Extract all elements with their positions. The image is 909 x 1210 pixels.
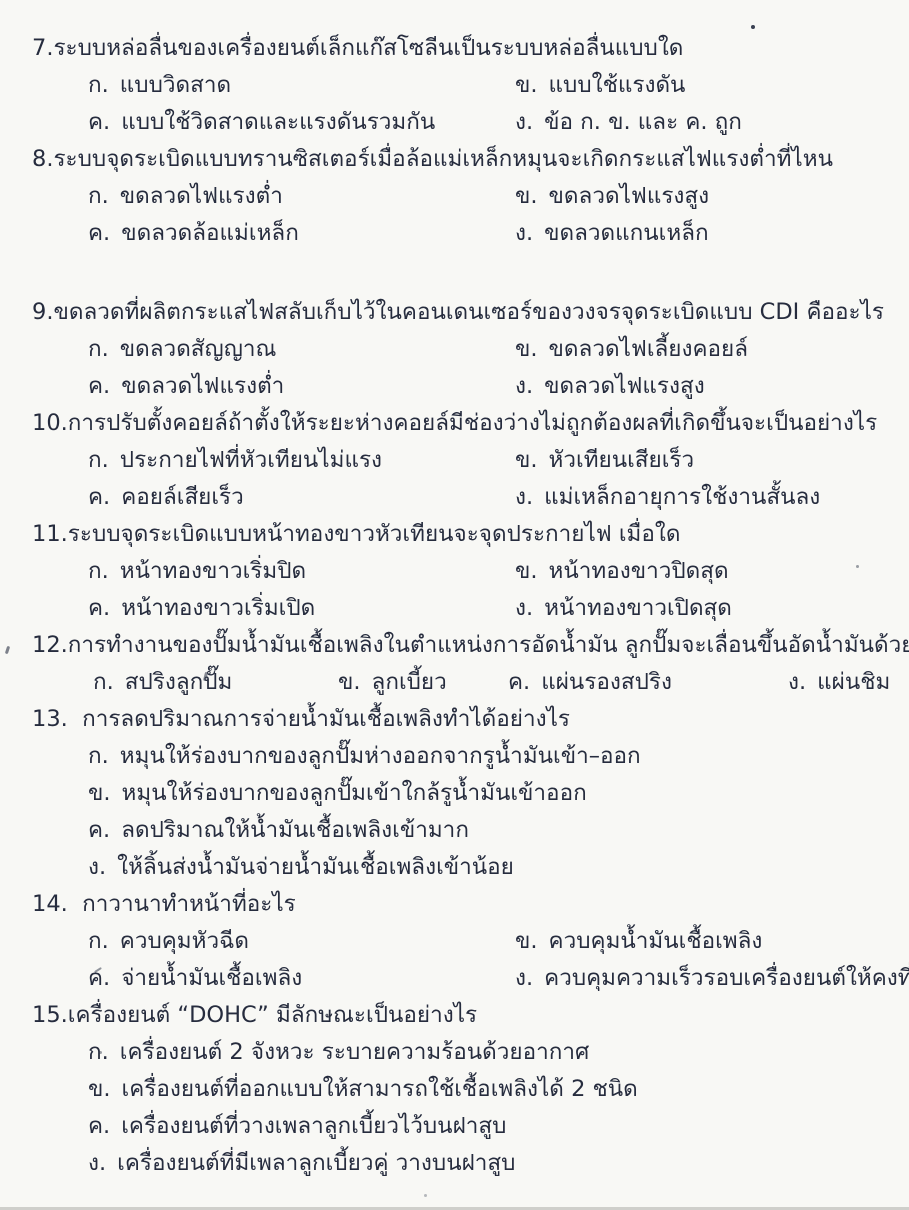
question-stem: 8.ระบบจุดระเบิดแบบทรานซิสเตอร์เมื่อล้อแม… — [32, 141, 895, 178]
option-label: ข. — [515, 178, 538, 215]
option-label: ก. — [93, 664, 114, 701]
option-ko: ก.ขดลวดไฟแรงต่ำ — [88, 178, 515, 215]
option-text: เครื่องยนต์ที่มีเพลาลูกเบี้ยวคู่ วางบนฝา… — [117, 1150, 515, 1176]
option-label: ค. — [88, 812, 110, 849]
option-text: สปริงลูกปั๊ม — [125, 669, 233, 695]
option-kho-khwai: ค.จ่ายน้ำมันเชื้อเพลิง — [88, 960, 515, 997]
option-kho: ข.ขดลวดไฟแรงสูง — [515, 178, 709, 215]
option-ko: ก.เครื่องยนต์ 2 จังหวะ ระบายความร้อนด้วย… — [88, 1034, 895, 1071]
option-kho: ข.ลูกเบี้ยว — [338, 664, 508, 701]
option-label: ข. — [88, 1071, 111, 1108]
option-row: ก.ขดลวดไฟแรงต่ำ ข.ขดลวดไฟแรงสูง — [88, 178, 895, 215]
option-label: ข. — [515, 331, 538, 368]
option-text: แผ่นรองสปริง — [541, 669, 672, 695]
option-ko: ก.แบบวิดสาด — [88, 67, 515, 104]
option-kho: ข.ขดลวดไฟเลี้ยงคอยล์ — [515, 331, 748, 368]
option-label: ข. — [515, 67, 538, 104]
option-ngo: ง.แผ่นชิม — [788, 664, 890, 701]
option-label: ก. — [88, 331, 109, 368]
option-label: ค. — [88, 590, 110, 627]
ink-speck — [99, 1051, 102, 1054]
option-label: ก. — [88, 442, 109, 479]
question-options: ก.สปริงลูกปั๊ม ข.ลูกเบี้ยว ค.แผ่นรองสปริ… — [32, 664, 895, 701]
option-text: ขดลวดไฟแรงสูง — [549, 183, 710, 209]
option-label: ค. — [508, 664, 530, 701]
option-label: ง. — [88, 1145, 106, 1182]
question-stem: 7.ระบบหล่อลื่นของเครื่องยนต์เล็กแก๊สโซลี… — [32, 30, 895, 67]
option-row: ก.ประกายไฟที่หัวเทียนไม่แรง ข.หัวเทียนเส… — [88, 442, 895, 479]
option-label: ง. — [88, 849, 106, 886]
option-text: ขดลวดสัญญาณ — [120, 336, 277, 362]
option-text: ขดลวดไฟแรงต่ำ — [120, 183, 283, 209]
option-ko: ก.ควบคุมหัวฉีด — [88, 923, 515, 960]
ink-speck — [5, 646, 10, 655]
option-kho: ข.แบบใช้แรงดัน — [515, 67, 685, 104]
option-label: ง. — [515, 368, 533, 405]
ink-speck — [751, 25, 755, 29]
option-text: แบบใช้แรงดัน — [549, 72, 686, 98]
option-label: ก. — [88, 923, 109, 960]
option-label: ค. — [88, 960, 110, 997]
option-text: หน้าทองขาวเริ่มปิด — [120, 558, 306, 584]
question-14: 14. กาวานาทำหน้าที่อะไร ก.ควบคุมหัวฉีด ข… — [32, 886, 895, 997]
option-ko: ก.หน้าทองขาวเริ่มปิด — [88, 553, 515, 590]
option-label: ข. — [338, 664, 361, 701]
option-label: ก. — [88, 738, 109, 775]
option-text: ขดลวดไฟแรงต่ำ — [121, 373, 284, 399]
option-kho-khwai: ค.หน้าทองขาวเริ่มเปิด — [88, 590, 515, 627]
option-text: แบบใช้วิดสาดและแรงดันรวมกัน — [121, 109, 435, 135]
option-kho: ข.ควบคุมน้ำมันเชื้อเพลิง — [515, 923, 762, 960]
option-text: หน้าทองขาวปิดสุด — [549, 558, 729, 584]
option-text: ขดลวดไฟแรงสูง — [544, 373, 705, 399]
question-options: ก.ควบคุมหัวฉีด ข.ควบคุมน้ำมันเชื้อเพลิง … — [32, 923, 895, 997]
ink-speck — [424, 1194, 427, 1197]
option-text: เครื่องยนต์ที่วางเพลาลูกเบี้ยวไว้บนฝาสูบ — [121, 1113, 506, 1139]
option-kho: ข.เครื่องยนต์ที่ออกแบบให้สามารถใช้เชื้อเ… — [88, 1071, 895, 1108]
option-label: ข. — [515, 553, 538, 590]
question-options: ก.หมุนให้ร่องบากของลูกปั๊มห่างออกจากรูน้… — [32, 738, 895, 886]
question-options: ก.ขดลวดสัญญาณ ข.ขดลวดไฟเลี้ยงคอยล์ ค.ขดล… — [32, 331, 895, 405]
option-ko: ก.สปริงลูกปั๊ม — [93, 664, 338, 701]
option-kho: ข.หมุนให้ร่องบากของลูกปั๊มเข้าใกล้รูน้ำม… — [88, 775, 895, 812]
option-kho: ข.หน้าทองขาวปิดสุด — [515, 553, 729, 590]
option-label: ง. — [788, 664, 806, 701]
option-ngo: ง.ขดลวดไฟแรงสูง — [515, 368, 705, 405]
option-text: ควบคุมความเร็วรอบเครื่องยนต์ให้คงที่ — [544, 965, 909, 991]
option-row: ค.ขดลวดล้อแม่เหล็ก ง.ขดลวดแกนเหล็ก — [88, 215, 895, 252]
option-label: ก. — [88, 553, 109, 590]
option-ngo: ง.ให้ลิ้นส่งน้ำมันจ่ายน้ำมันเชื้อเพลิงเข… — [88, 849, 895, 886]
question-11: 11.ระบบจุดระเบิดแบบหน้าทองขาวหัวเทียนจะจ… — [32, 516, 895, 627]
option-row: ก.แบบวิดสาด ข.แบบใช้แรงดัน — [88, 67, 895, 104]
option-text: หัวเทียนเสียเร็ว — [549, 447, 695, 473]
option-label: ง. — [515, 479, 533, 516]
option-text: หมุนให้ร่องบากของลูกปั๊มเข้าใกล้รูน้ำมัน… — [122, 780, 587, 806]
option-text: ควบคุมหัวฉีด — [120, 928, 249, 954]
option-text: ควบคุมน้ำมันเชื้อเพลิง — [549, 928, 763, 954]
option-kho-khwai: ค.ขดลวดไฟแรงต่ำ — [88, 368, 515, 405]
option-ko: ก.หมุนให้ร่องบากของลูกปั๊มห่างออกจากรูน้… — [88, 738, 895, 775]
question-options: ก.ประกายไฟที่หัวเทียนไม่แรง ข.หัวเทียนเส… — [32, 442, 895, 516]
option-label: ง. — [515, 960, 533, 997]
option-text: หน้าทองขาวเปิดสุด — [544, 595, 732, 621]
option-text: แผ่นชิม — [817, 669, 890, 695]
option-text: เครื่องยนต์ที่ออกแบบให้สามารถใช้เชื้อเพล… — [122, 1076, 638, 1102]
option-text: หน้าทองขาวเริ่มเปิด — [121, 595, 315, 621]
option-row: ก.หน้าทองขาวเริ่มปิด ข.หน้าทองขาวปิดสุด — [88, 553, 895, 590]
option-text: คอยล์เสียเร็ว — [121, 484, 244, 510]
option-text: ให้ลิ้นส่งน้ำมันจ่ายน้ำมันเชื้อเพลิงเข้า… — [117, 854, 514, 880]
option-label: ข. — [88, 775, 111, 812]
option-label: ข. — [515, 442, 538, 479]
option-kho-khwai: ค.แบบใช้วิดสาดและแรงดันรวมกัน — [88, 104, 515, 141]
question-stem: 12.การทำงานของปั๊มน้ำมันเชื้อเพลิงในตำแห… — [32, 627, 895, 664]
option-label: ก. — [88, 67, 109, 104]
option-kho: ข.หัวเทียนเสียเร็ว — [515, 442, 694, 479]
question-9: 9.ขดลวดที่ผลิตกระแสไฟสลับเก็บไว้ในคอนเดน… — [32, 294, 895, 405]
option-row: ค.แบบใช้วิดสาดและแรงดันรวมกัน ง.ข้อ ก. ข… — [88, 104, 895, 141]
option-text: ขดลวดแกนเหล็ก — [544, 220, 708, 246]
option-row: ค.หน้าทองขาวเริ่มเปิด ง.หน้าทองขาวเปิดสุ… — [88, 590, 895, 627]
question-options: ก.ขดลวดไฟแรงต่ำ ข.ขดลวดไฟแรงสูง ค.ขดลวดล… — [32, 178, 895, 252]
option-ngo: ง.ข้อ ก. ข. และ ค. ถูก — [515, 104, 742, 141]
question-15: 15.เครื่องยนต์ “DOHC” มีลักษณะเป็นอย่างไ… — [32, 997, 895, 1182]
ink-speck — [856, 565, 859, 568]
question-stem: 9.ขดลวดที่ผลิตกระแสไฟสลับเก็บไว้ในคอนเดน… — [32, 294, 895, 331]
option-ngo: ง.ควบคุมความเร็วรอบเครื่องยนต์ให้คงที่ — [515, 960, 909, 997]
option-row: ค.ขดลวดไฟแรงต่ำ ง.ขดลวดไฟแรงสูง — [88, 368, 895, 405]
option-text: ขดลวดล้อแม่เหล็ก — [121, 220, 299, 246]
question-options: ก.แบบวิดสาด ข.แบบใช้แรงดัน ค.แบบใช้วิดสา… — [32, 67, 895, 141]
option-label: ก. — [88, 178, 109, 215]
option-text: แม่เหล็กอายุการใช้งานสั้นลง — [544, 484, 820, 510]
question-12: 12.การทำงานของปั๊มน้ำมันเชื้อเพลิงในตำแห… — [32, 627, 895, 701]
option-ngo: ง.ขดลวดแกนเหล็ก — [515, 215, 709, 252]
question-10: 10.การปรับตั้งคอยล์ถ้าตั้งให้ระยะห่างคอย… — [32, 405, 895, 516]
question-options: ก.หน้าทองขาวเริ่มปิด ข.หน้าทองขาวปิดสุด … — [32, 553, 895, 627]
option-ngo: ง.เครื่องยนต์ที่มีเพลาลูกเบี้ยวคู่ วางบน… — [88, 1145, 895, 1182]
option-row: ก.ขดลวดสัญญาณ ข.ขดลวดไฟเลี้ยงคอยล์ — [88, 331, 895, 368]
option-text: แบบวิดสาด — [120, 72, 231, 98]
question-8: 8.ระบบจุดระเบิดแบบทรานซิสเตอร์เมื่อล้อแม… — [32, 141, 895, 252]
option-text: ขดลวดไฟเลี้ยงคอยล์ — [549, 336, 748, 362]
option-kho-khwai: ค.ลดปริมาณให้น้ำมันเชื้อเพลิงเข้ามาก — [88, 812, 895, 849]
option-label: ค. — [88, 104, 110, 141]
option-label: ง. — [515, 104, 533, 141]
option-text: หมุนให้ร่องบากของลูกปั๊มห่างออกจากรูน้ำม… — [120, 743, 641, 769]
option-text: ลดปริมาณให้น้ำมันเชื้อเพลิงเข้ามาก — [121, 817, 469, 843]
option-kho-khwai: ค.เครื่องยนต์ที่วางเพลาลูกเบี้ยวไว้บนฝาส… — [88, 1108, 895, 1145]
option-text: จ่ายน้ำมันเชื้อเพลิง — [121, 965, 302, 991]
question-stem: 11.ระบบจุดระเบิดแบบหน้าทองขาวหัวเทียนจะจ… — [32, 516, 895, 553]
option-label: ง. — [515, 590, 533, 627]
option-text: ลูกเบี้ยว — [372, 669, 447, 695]
option-text: ประกายไฟที่หัวเทียนไม่แรง — [120, 447, 382, 473]
option-row: ค.จ่ายน้ำมันเชื้อเพลิง ง.ควบคุมความเร็วร… — [88, 960, 895, 997]
question-stem: 14. กาวานาทำหน้าที่อะไร — [32, 886, 895, 923]
option-row: ก.ควบคุมหัวฉีด ข.ควบคุมน้ำมันเชื้อเพลิง — [88, 923, 895, 960]
option-row: ค.คอยล์เสียเร็ว ง.แม่เหล็กอายุการใช้งานส… — [88, 479, 895, 516]
question-7: 7.ระบบหล่อลื่นของเครื่องยนต์เล็กแก๊สโซลี… — [32, 30, 895, 141]
option-ko: ก.ขดลวดสัญญาณ — [88, 331, 515, 368]
blank-gap — [32, 252, 895, 294]
scanned-exam-page: 7.ระบบหล่อลื่นของเครื่องยนต์เล็กแก๊สโซลี… — [0, 0, 909, 1210]
option-text: ข้อ ก. ข. และ ค. ถูก — [544, 109, 742, 135]
option-ko: ก.ประกายไฟที่หัวเทียนไม่แรง — [88, 442, 515, 479]
question-13: 13. การลดปริมาณการจ่ายน้ำมันเชื้อเพลิงทำ… — [32, 701, 895, 886]
option-ngo: ง.แม่เหล็กอายุการใช้งานสั้นลง — [515, 479, 820, 516]
option-label: ค. — [88, 479, 110, 516]
option-ngo: ง.หน้าทองขาวเปิดสุด — [515, 590, 732, 627]
question-options: ก.เครื่องยนต์ 2 จังหวะ ระบายความร้อนด้วย… — [32, 1034, 895, 1182]
option-kho-khwai: ค.ขดลวดล้อแม่เหล็ก — [88, 215, 515, 252]
question-stem: 15.เครื่องยนต์ “DOHC” มีลักษณะเป็นอย่างไ… — [32, 997, 895, 1034]
option-label: ง. — [515, 215, 533, 252]
question-stem: 10.การปรับตั้งคอยล์ถ้าตั้งให้ระยะห่างคอย… — [32, 405, 895, 442]
option-label: ข. — [515, 923, 538, 960]
option-kho-khwai: ค.แผ่นรองสปริง — [508, 664, 788, 701]
option-label: ค. — [88, 1108, 110, 1145]
option-text: เครื่องยนต์ 2 จังหวะ ระบายความร้อนด้วยอา… — [120, 1039, 590, 1065]
option-kho-khwai: ค.คอยล์เสียเร็ว — [88, 479, 515, 516]
question-stem: 13. การลดปริมาณการจ่ายน้ำมันเชื้อเพลิงทำ… — [32, 701, 895, 738]
option-label: ค. — [88, 368, 110, 405]
option-label: ค. — [88, 215, 110, 252]
